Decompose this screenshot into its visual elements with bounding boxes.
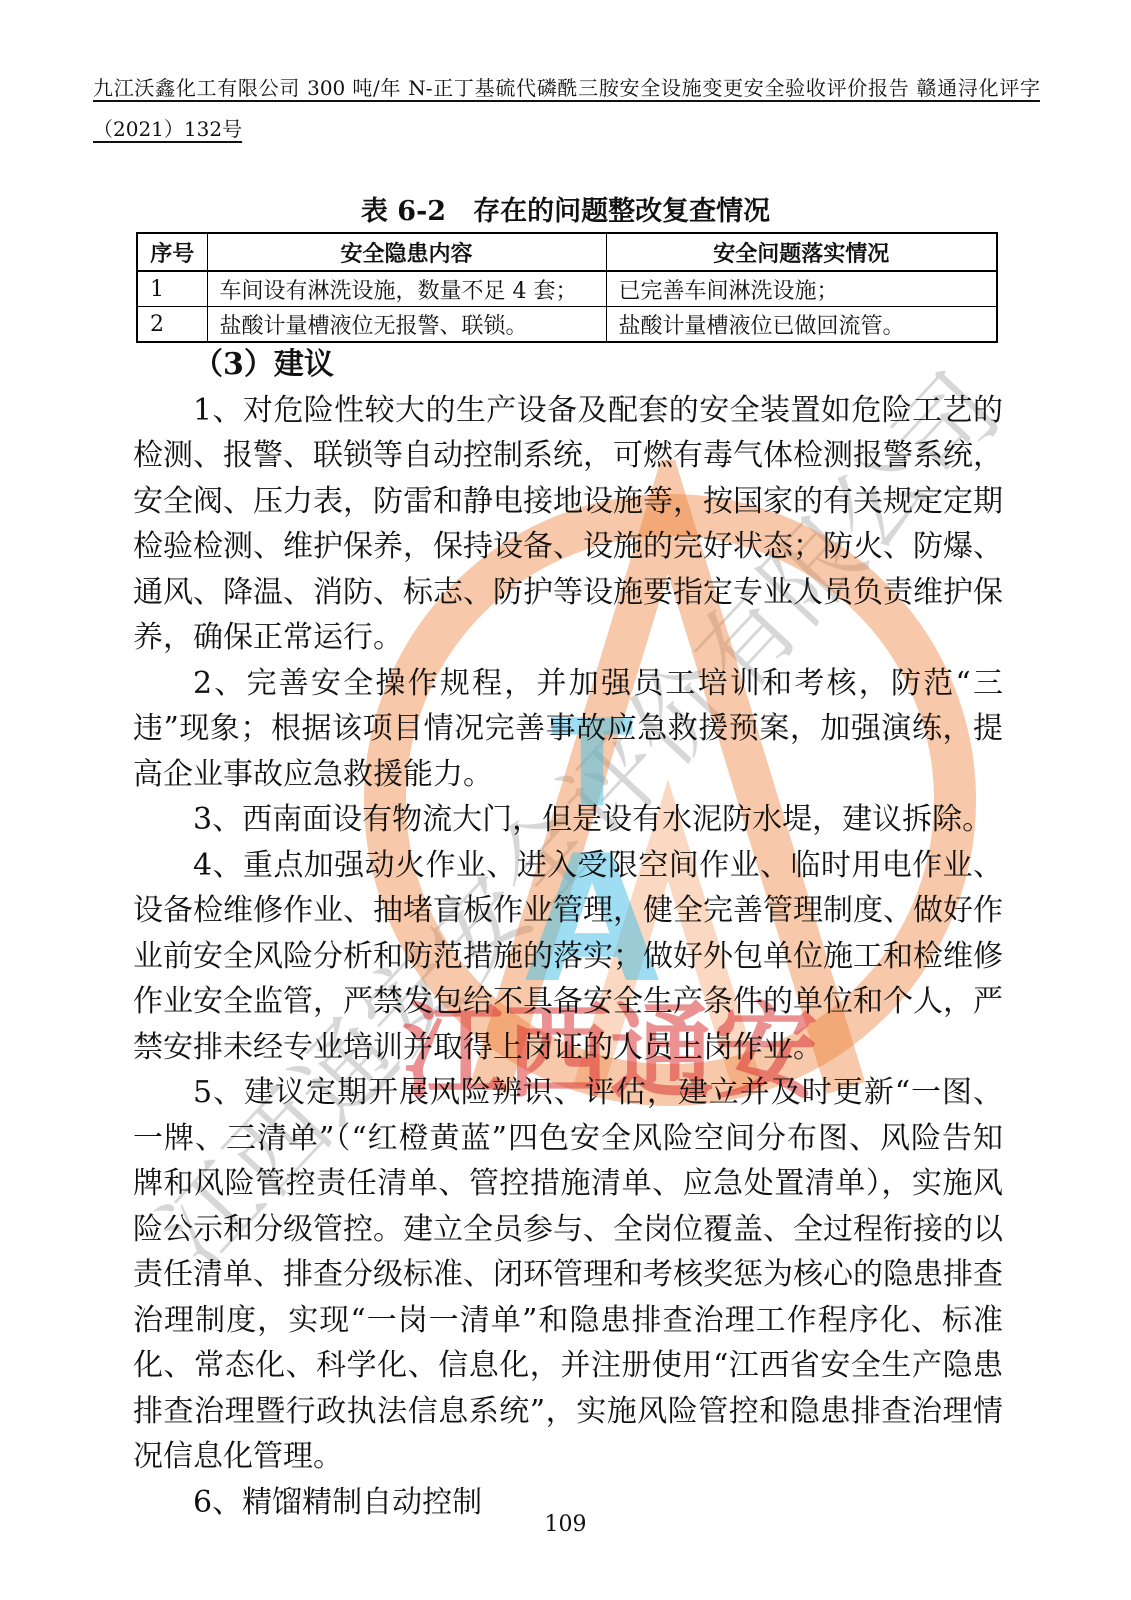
recommendation-paragraph-4: 4、重点加强动火作业、进入受限空间作业、临时用电作业、设备检维修作业、抽堵盲板作…	[133, 843, 1003, 1071]
recommendation-paragraph-1: 1、对危险性较大的生产设备及配套的安全装置如危险工艺的检测、报警、联锁等自动控制…	[133, 388, 1003, 661]
col-header-resolution: 安全问题落实情况	[606, 233, 997, 271]
table-row: 1 车间设有淋洗设施，数量不足 4 套； 已完善车间淋洗设施；	[137, 271, 997, 307]
issues-review-table: 序号 安全隐患内容 安全问题落实情况 1 车间设有淋洗设施，数量不足 4 套； …	[136, 232, 998, 343]
table-row: 2 盐酸计量槽液位无报警、联锁。 盐酸计量槽液位已做回流管。	[137, 307, 997, 343]
col-header-index: 序号	[137, 233, 207, 271]
page-number: 109	[0, 1512, 1131, 1537]
report-header: 九江沃鑫化工有限公司 300 吨/年 N-正丁基硫代磷酰三胺安全设施变更安全验收…	[93, 68, 1040, 150]
table-header-row: 序号 安全隐患内容 安全问题落实情况	[137, 233, 997, 271]
recommendations-section: （3）建议 1、对危险性较大的生产设备及配套的安全装置如危险工艺的检测、报警、联…	[133, 342, 1003, 1525]
row1-index: 1	[137, 271, 207, 307]
document-page: 江西通安安全评价有限公司 T A 江西通安 九江沃鑫化工有限公司 300 吨/年…	[0, 0, 1131, 1600]
row2-hazard: 盐酸计量槽液位无报警、联锁。	[207, 307, 606, 343]
content-layer: 九江沃鑫化工有限公司 300 吨/年 N-正丁基硫代磷酰三胺安全设施变更安全验收…	[0, 0, 1131, 1600]
row2-index: 2	[137, 307, 207, 343]
recommendation-paragraph-2: 2、完善安全操作规程，并加强员工培训和考核，防范“三违”现象；根据该项目情况完善…	[133, 661, 1003, 798]
col-header-hazard: 安全隐患内容	[207, 233, 606, 271]
row1-hazard: 车间设有淋洗设施，数量不足 4 套；	[207, 271, 606, 307]
table-title: 表 6-2 存在的问题整改复查情况	[135, 194, 996, 230]
row2-resolution: 盐酸计量槽液位已做回流管。	[606, 307, 997, 343]
section-heading: （3）建议	[133, 342, 1003, 388]
recommendation-paragraph-5: 5、建议定期开展风险辨识、评估，建立并及时更新“一图、一牌、三清单”（“红橙黄蓝…	[133, 1070, 1003, 1480]
row1-resolution: 已完善车间淋洗设施；	[606, 271, 997, 307]
recommendation-paragraph-3: 3、西南面设有物流大门，但是设有水泥防水堤，建议拆除。	[133, 797, 1003, 843]
